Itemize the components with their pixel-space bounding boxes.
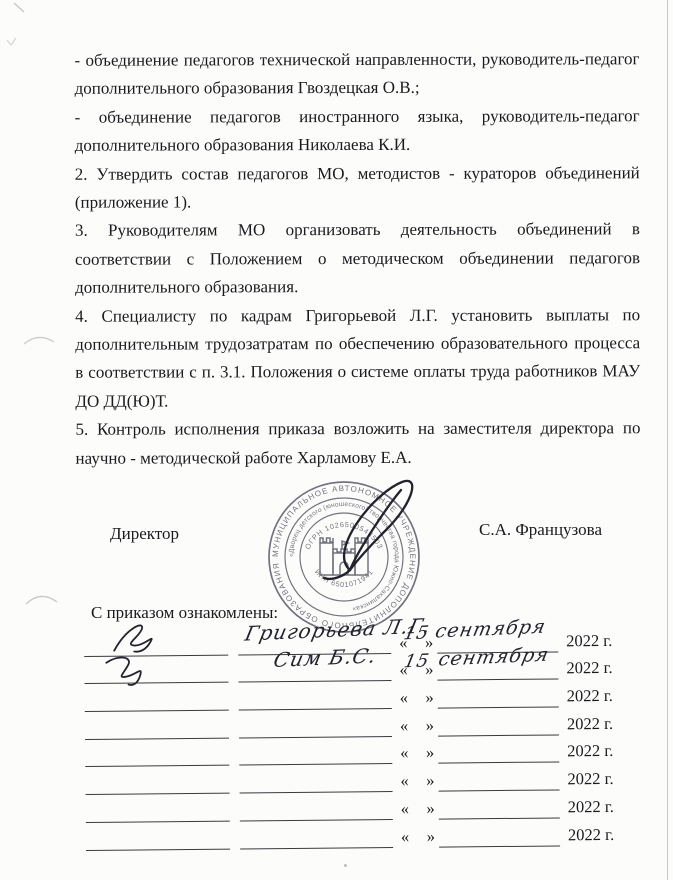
body-line: 3. Руководителям МО организовать деятель… [75,216,640,246]
signature-line [85,737,229,767]
year-label: 2022 г. [567,686,613,707]
date-quotes: « » [400,715,434,736]
body-line: соответствии с Положением о методическом… [75,244,640,274]
body-line: - объединение педагогов технической напр… [74,45,639,75]
open-quote: « [401,799,409,819]
body-line: 4. Специалисту по кадрам Григорьевой Л.Г… [75,301,640,331]
scan-arc-mark [20,330,60,350]
handwritten-name: Сим Б.С. [271,643,379,672]
name-line [239,736,392,766]
signature-line [86,793,230,823]
close-quote: » [425,688,433,708]
date-quotes: « » [401,798,435,819]
body-line: (приложение 1). [75,187,640,217]
signature-line [86,820,230,850]
director-signature-scribble [298,468,433,603]
close-quote: » [426,798,434,818]
name-line [240,819,393,849]
body-line: дополнительным трудозатратам по обеспече… [75,329,640,359]
year-label: 2022 г. [567,714,613,735]
signature-table: « » 2022 г. Григорьева Л.Г. 15 сентября … [84,624,646,851]
order-body: - объединение педагогов технической напр… [74,45,640,472]
scanned-order-page: - объединение педагогов технической напр… [0,0,673,880]
close-quote: » [426,743,434,763]
director-name: С.А. Французова [479,520,602,540]
pencil-mark [4,0,34,55]
month-line [438,679,559,709]
month-line [438,707,559,737]
year-label: 2022 г. [568,797,614,818]
body-line: дополнительного образования Николаева К.… [75,130,640,160]
name-line [239,708,392,738]
handwritten-day: 15 [402,622,431,644]
open-quote: « [400,771,408,791]
signature-row: « » 2022 г. [86,817,646,850]
signature-line [85,765,229,795]
close-quote: » [427,826,435,846]
name-line [239,680,392,710]
year-label: 2022 г. [568,824,614,845]
year-label: 2022 г. [566,658,612,679]
director-label: Директор [110,524,179,544]
name-line [240,791,393,821]
year-label: 2022 г. [567,769,613,790]
open-quote: « [400,688,408,708]
handwritten-day: 15 [402,650,431,672]
signature-line [85,710,229,740]
name-line [239,763,392,793]
date-quotes: « » [400,743,434,764]
year-label: 2022 г. [567,741,613,762]
scan-arc-mark [22,588,62,610]
signature-line [85,682,229,712]
handwritten-month: сентября [437,643,552,670]
month-line [438,734,559,764]
body-line: в соответствии с п. 3.1. Положения о сис… [75,358,640,388]
body-line: 2. Утвердить состав педагогов МО, методи… [75,159,640,189]
close-quote: » [426,771,434,791]
body-line: - объединение педагогов иностранного язы… [75,102,640,132]
open-quote: « [401,826,409,846]
date-quotes: « » [400,771,434,792]
body-line: ДО ДД(Ю)Т. [75,386,640,416]
month-line [439,817,560,847]
date-quotes: « » [400,688,434,709]
month-line [439,790,560,820]
close-quote: » [426,715,434,735]
body-line: дополнительного образования. [75,272,640,302]
body-line: 5. Контроль исполнения приказа возложить… [75,414,640,444]
date-quotes: « » [401,826,435,847]
open-quote: « [400,743,408,763]
month-line [438,762,559,792]
body-line: дополнительного образования Гвоздецкая О… [75,74,640,104]
open-quote: « [400,716,408,736]
scan-speck [344,864,347,867]
year-label: 2022 г. [566,631,612,652]
scan-edge-line [667,0,668,880]
